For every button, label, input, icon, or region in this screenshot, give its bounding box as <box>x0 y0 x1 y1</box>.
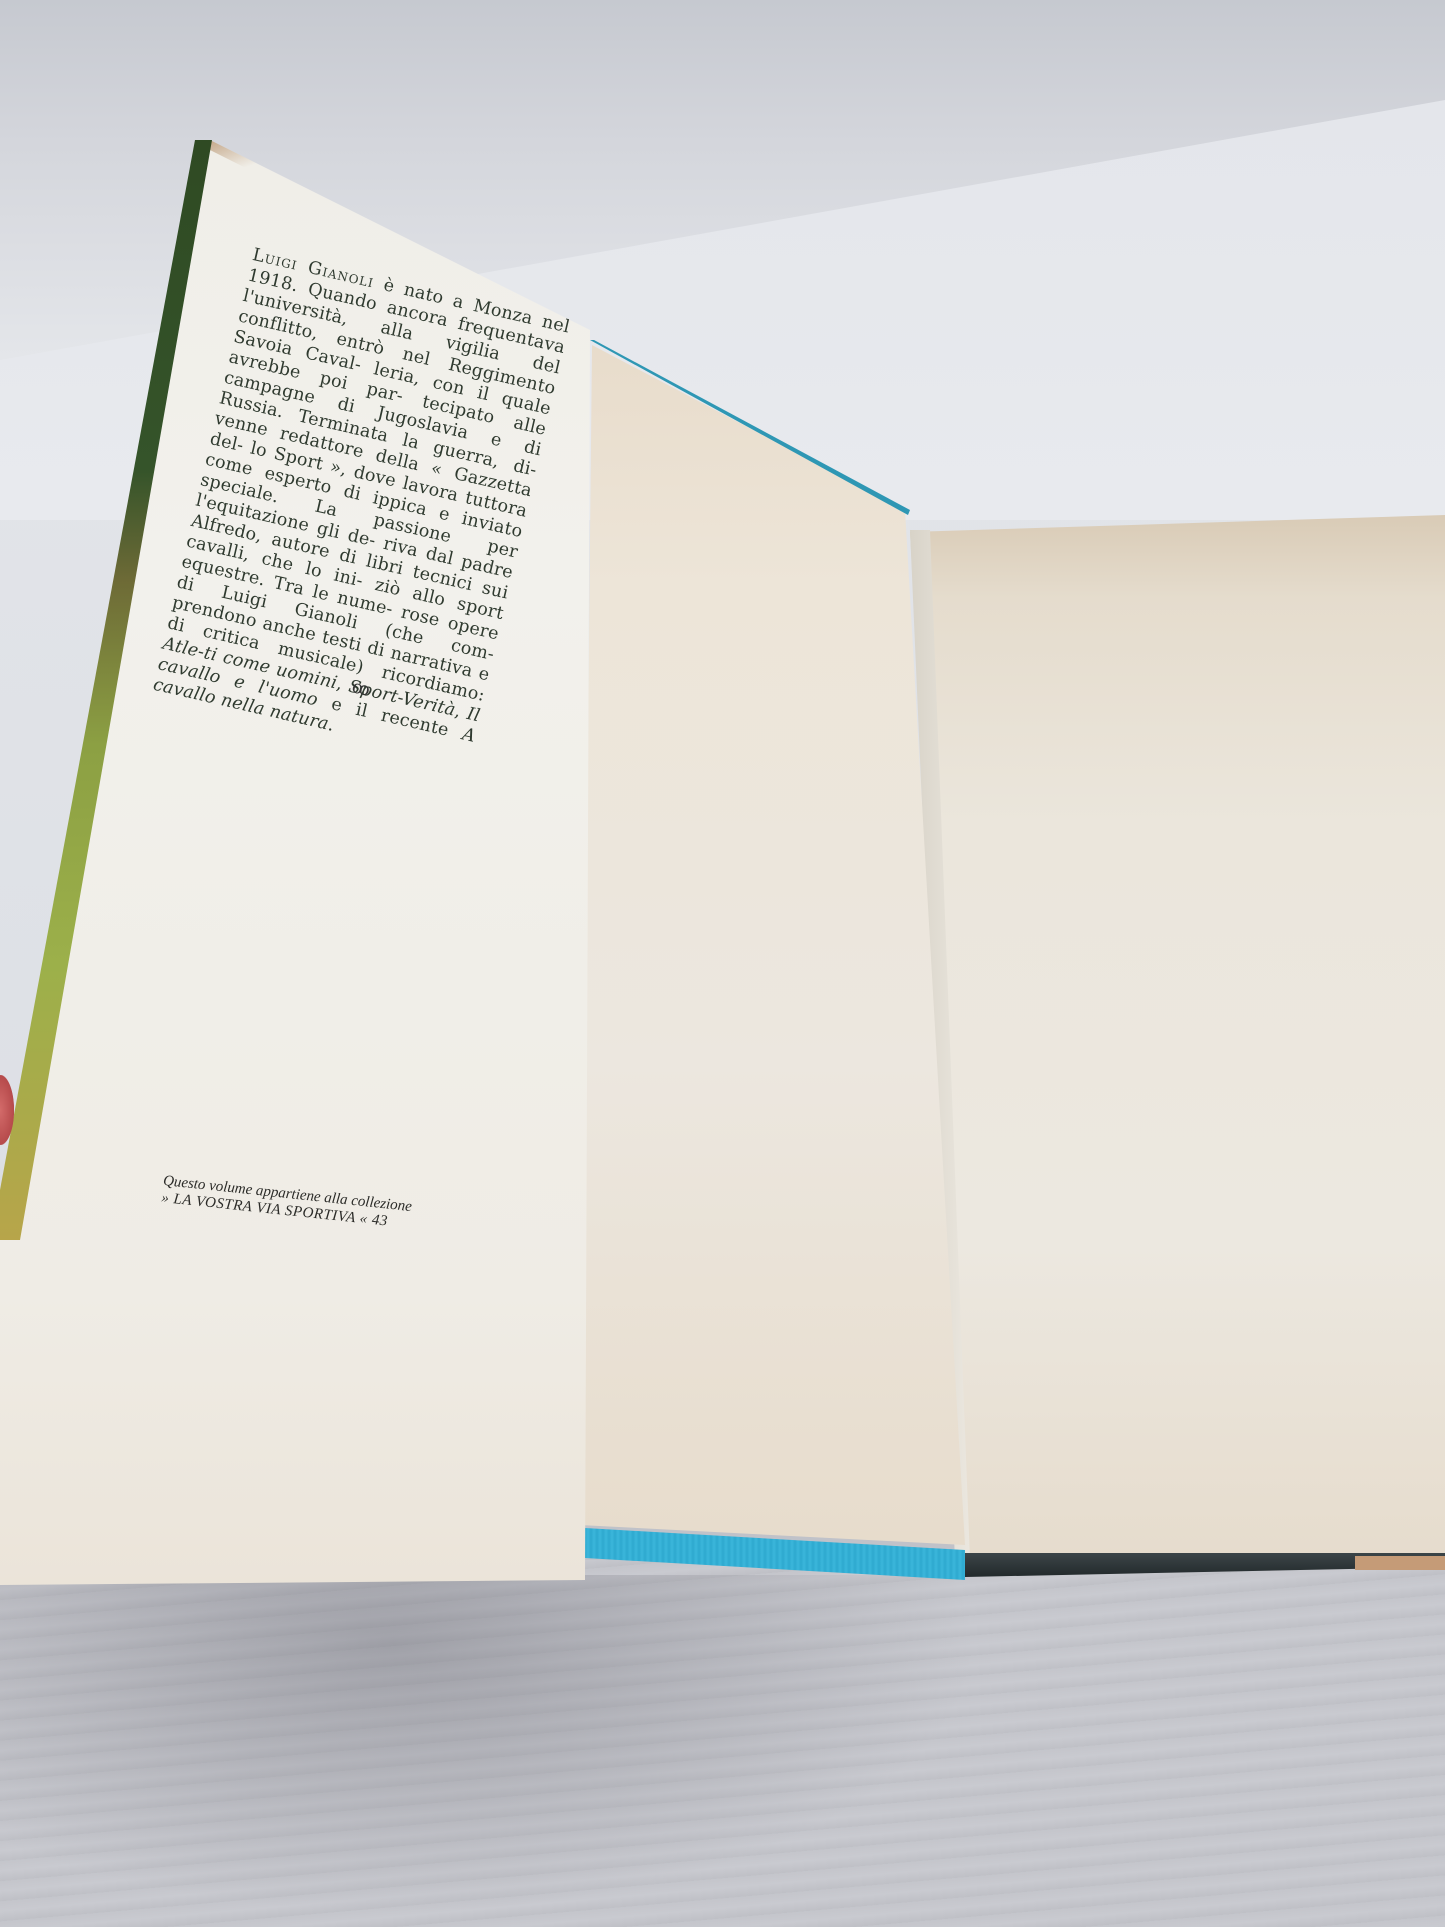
holding-finger <box>0 1075 14 1145</box>
book-shadow <box>0 1575 980 1915</box>
endpaper-right-page <box>910 515 1445 1555</box>
endpaper-inner-page <box>570 345 965 1545</box>
board-corner-wear <box>1355 1556 1445 1570</box>
